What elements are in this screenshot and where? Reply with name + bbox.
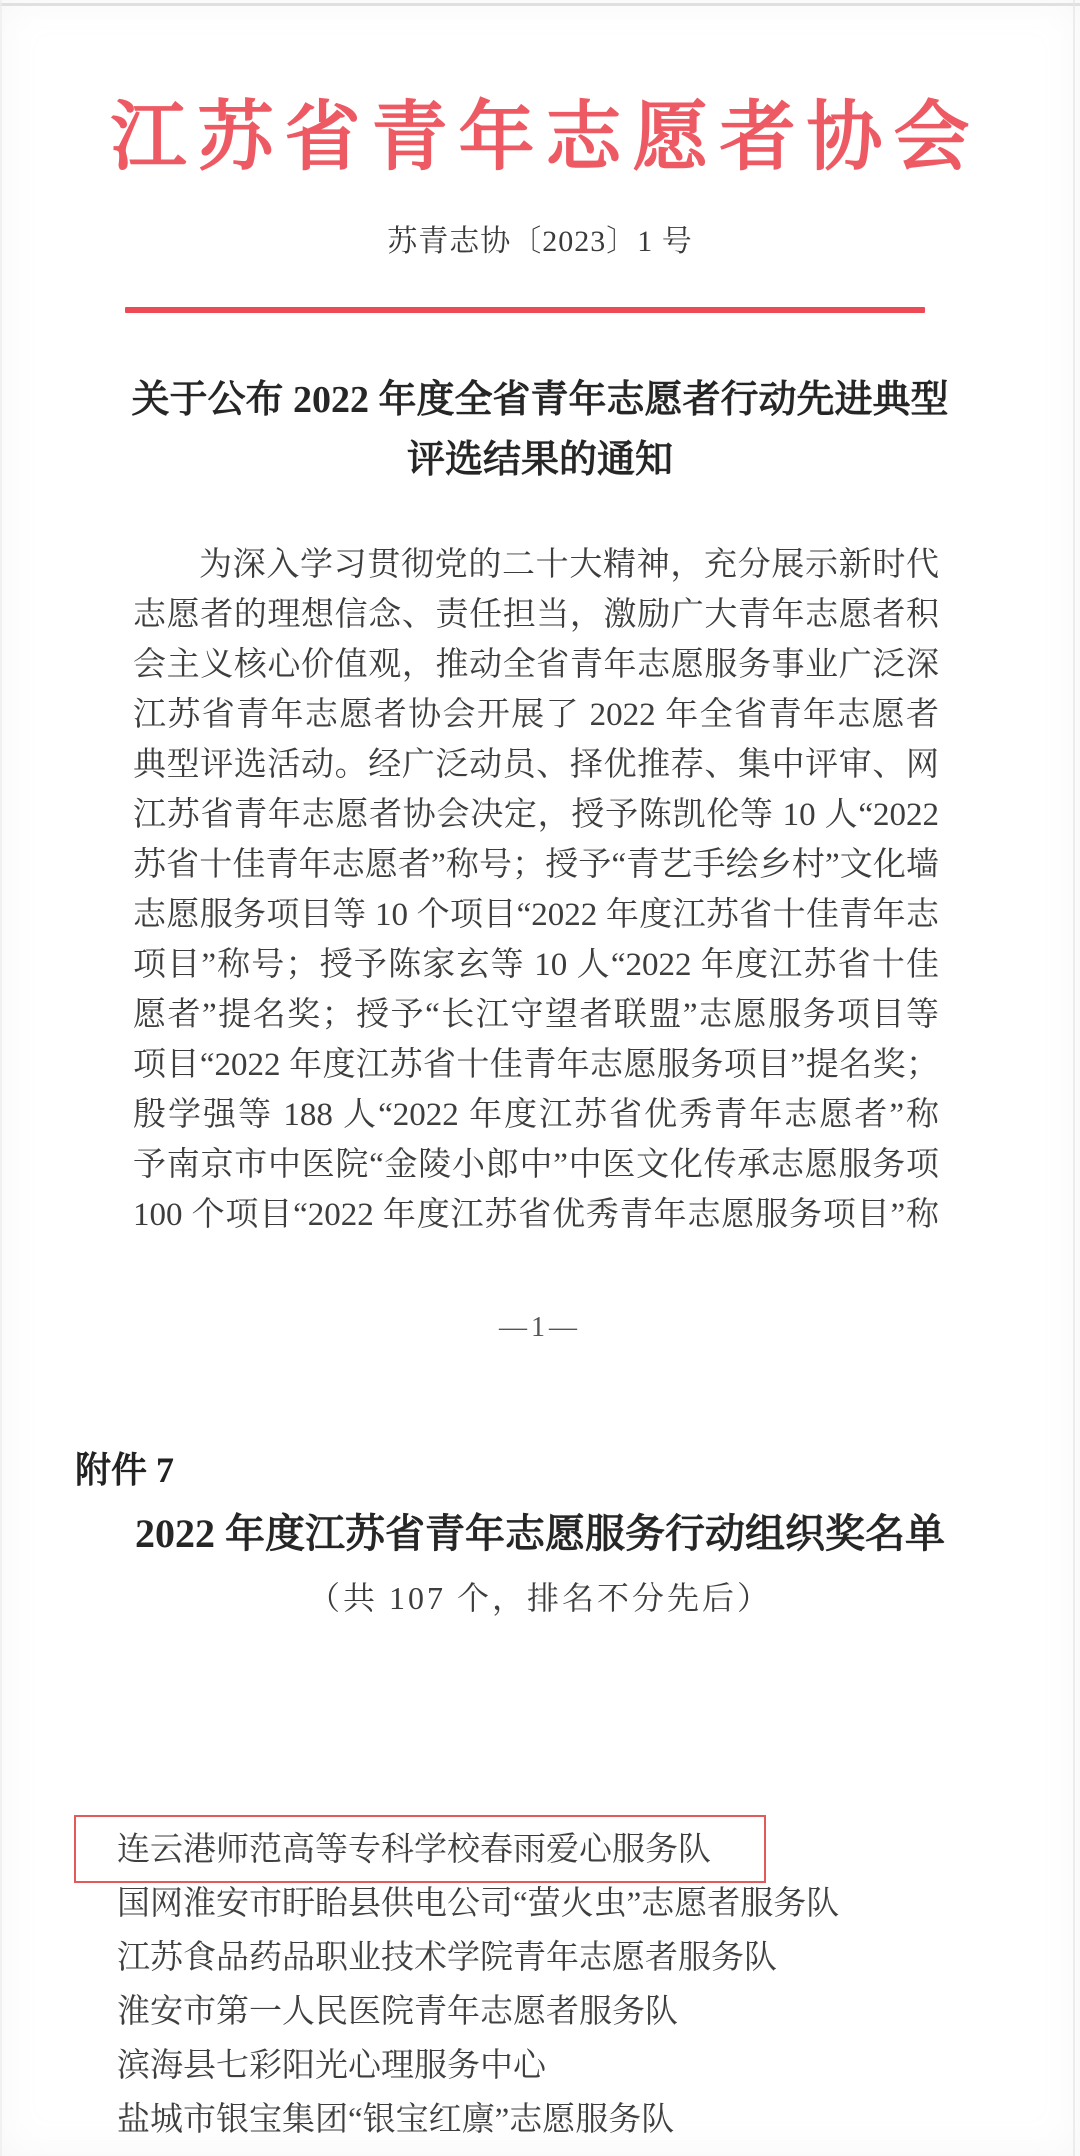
attachment-subtitle: （共 107 个，排名不分先后）: [0, 1578, 1080, 1618]
body-line: 典型评选活动。经广泛动员、择优推荐、集中评审、网络公示，: [133, 740, 939, 790]
notice-title-line2: 评选结果的通知: [0, 430, 1080, 490]
org-letterhead: 江苏省青年志愿者协会: [0, 88, 1080, 188]
scan-edge-top: [0, 3, 1080, 6]
page-number: —1—: [0, 1310, 1080, 1346]
award-list: 连云港师范高等专科学校春雨爱心服务队 国网淮安市盱眙县供电公司“萤火虫”志愿者服…: [117, 1823, 1017, 2147]
notice-title: 关于公布 2022 年度全省青年志愿者行动先进典型 评选结果的通知: [0, 370, 1080, 490]
award-list-item: 盐城市银宝集团“银宝红廪”志愿服务队: [117, 2093, 1017, 2147]
doc-number: 苏青志协〔2023〕1 号: [0, 222, 1080, 262]
attachment-title: 2022 年度江苏省青年志愿服务行动组织奖名单: [0, 1512, 1080, 1556]
red-divider-line: [125, 307, 925, 313]
body-line: 苏省十佳青年志愿者”称号；授予“青艺手绘乡村”文化墙建设: [133, 840, 939, 890]
document-page: 江苏省青年志愿者协会 苏青志协〔2023〕1 号 关于公布 2022 年度全省青…: [0, 0, 1080, 2156]
body-line: 100 个项目“2022 年度江苏省优秀青年志愿服务项目”称号；授: [133, 1190, 939, 1240]
body-line: 志愿者的理想信念、责任担当，激励广大青年志愿者积极践行社: [133, 590, 939, 640]
body-line: 愿者”提名奖；授予“长江守望者联盟”志愿服务项目等 10 个: [133, 990, 939, 1040]
notice-body: 为深入学习贯彻党的二十大精神，充分展示新时代江苏青年 志愿者的理想信念、责任担当…: [133, 540, 939, 1240]
body-line: 予南京市中医院“金陵小郎中”中医文化传承志愿服务项目等: [133, 1140, 939, 1190]
body-line: 为深入学习贯彻党的二十大精神，充分展示新时代江苏青年: [133, 540, 939, 590]
body-line: 江苏省青年志愿者协会开展了 2022 年全省青年志愿者行动先进: [133, 690, 939, 740]
award-list-item: 连云港师范高等专科学校春雨爱心服务队: [117, 1823, 1017, 1877]
notice-title-line1: 关于公布 2022 年度全省青年志愿者行动先进典型: [0, 370, 1080, 430]
body-line: 志愿服务项目等 10 个项目“2022 年度江苏省十佳青年志愿服务: [133, 890, 939, 940]
award-list-item: 滨海县七彩阳光心理服务中心: [117, 2039, 1017, 2093]
award-list-item: 江苏食品药品职业技术学院青年志愿者服务队: [117, 1931, 1017, 1985]
body-line: 江苏省青年志愿者协会决定，授予陈凯伦等 10 人“2022 年度江: [133, 790, 939, 840]
scan-edge-right: [1073, 0, 1075, 2156]
scan-edge-left: [0, 0, 2, 2156]
award-list-item: 国网淮安市盱眙县供电公司“萤火虫”志愿者服务队: [117, 1877, 1017, 1931]
body-line: 项目”称号；授予陈家玄等 10 人“2022 年度江苏省十佳青年志: [133, 940, 939, 990]
attachment-label: 附件 7: [75, 1448, 174, 1492]
body-line: 会主义核心价值观，推动全省青年志愿服务事业广泛深入发展，: [133, 640, 939, 690]
body-line: 项目“2022 年度江苏省十佳青年志愿服务项目”提名奖；授予: [133, 1040, 939, 1090]
award-list-item: 淮安市第一人民医院青年志愿者服务队: [117, 1985, 1017, 2039]
body-line: 殷学强等 188 人“2022 年度江苏省优秀青年志愿者”称号；授: [133, 1090, 939, 1140]
